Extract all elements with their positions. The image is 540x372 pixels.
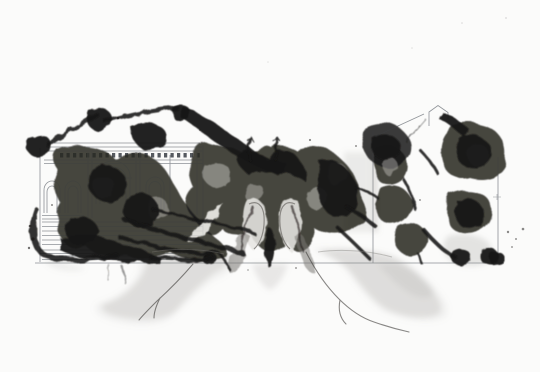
spatter-dot xyxy=(267,61,269,63)
spatter-dot xyxy=(295,267,297,269)
inkblot-artwork xyxy=(0,0,540,372)
spatter-dot xyxy=(29,225,32,228)
spatter-dot xyxy=(461,22,463,24)
spatter-dot xyxy=(247,269,249,271)
spatter-dot xyxy=(507,231,509,233)
spatter-dot xyxy=(117,117,119,119)
spatter-dot xyxy=(522,228,525,231)
spatter-dot xyxy=(28,247,30,249)
spatter-dot xyxy=(411,47,413,49)
spatter-dot xyxy=(51,204,53,206)
spatter-dot xyxy=(505,17,507,19)
spatter-dot xyxy=(31,237,34,240)
spatter-dot xyxy=(199,129,201,131)
spatter-dot xyxy=(515,238,517,240)
spatter-dot xyxy=(355,145,357,147)
spatter-dot xyxy=(419,199,421,201)
spatter-dot xyxy=(511,246,513,248)
baseline-stroke xyxy=(150,257,212,259)
spatter-dot xyxy=(309,139,311,141)
artwork-canvas xyxy=(0,0,540,372)
